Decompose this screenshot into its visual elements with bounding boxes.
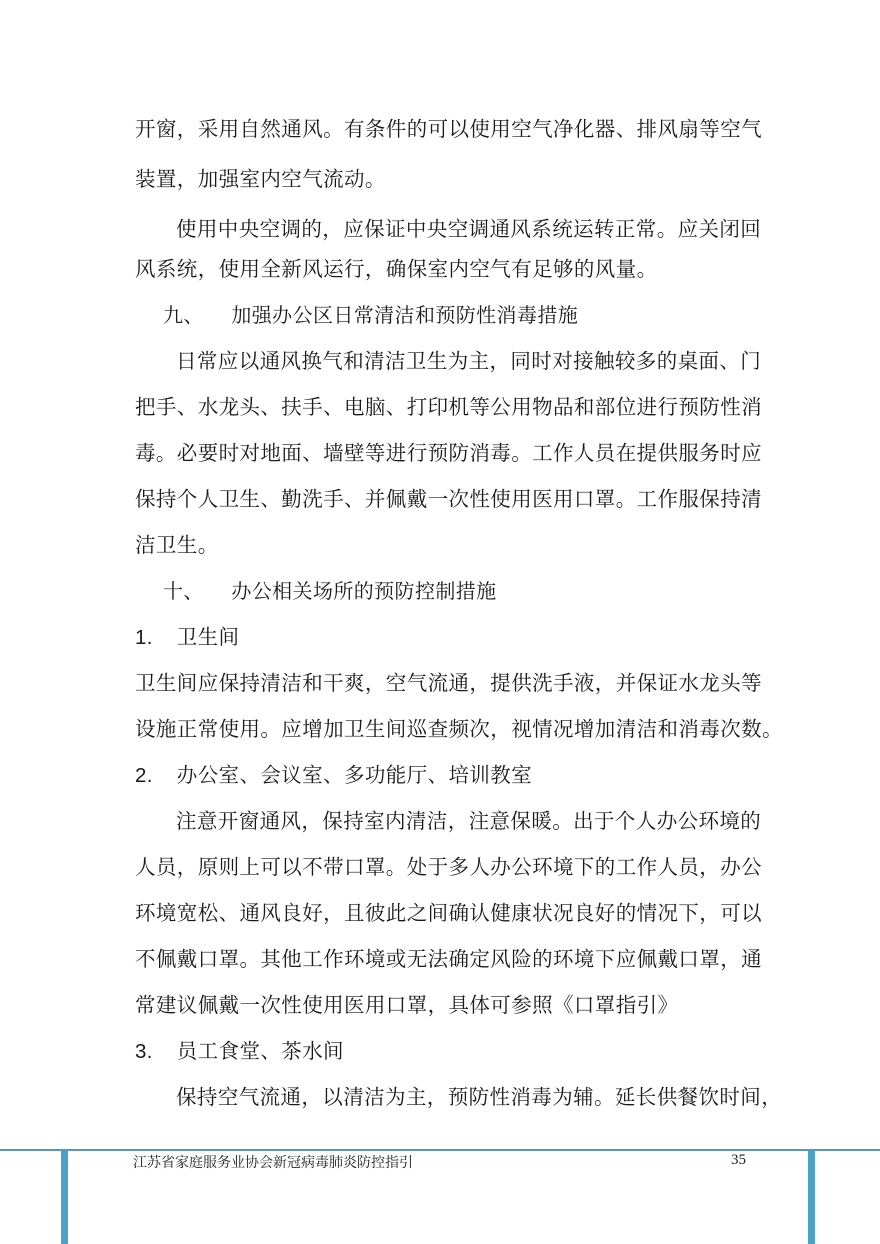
body-text-line: 使用中央空调的，应保证中央空调通风系统运转正常。应关闭回 <box>176 215 816 243</box>
item-2-number: 2. <box>135 764 153 787</box>
document-page: 开窗，采用自然通风。有条件的可以使用空气净化器、排风扇等空气 装置，加强室内空气… <box>0 0 880 1244</box>
body-text-line: 把手、水龙头、扶手、电脑、打印机等公用物品和部位进行预防性消 <box>135 393 775 421</box>
section-9-title: 加强办公区日常清洁和预防性消毒措施 <box>231 303 578 327</box>
body-text-line: 不佩戴口罩。其他工作环境或无法确定风险的环境下应佩戴口罩，通 <box>135 945 775 973</box>
body-text-line: 环境宽松、通风良好，且彼此之间确认健康状况良好的情况下，可以 <box>135 899 775 927</box>
item-2-heading: 2. 办公室、会议室、多功能厅、培训教室 <box>135 761 775 790</box>
footer-left-accent-bar <box>61 1150 68 1244</box>
body-text-line: 注意开窗通风，保持室内清洁，注意保暖。出于个人办公环境的 <box>176 807 816 835</box>
section-10-title: 办公相关场所的预防控制措施 <box>231 579 496 603</box>
body-text-line: 毒。必要时对地面、墙壁等进行预防消毒。工作人员在提供服务时应 <box>135 439 775 467</box>
body-text-line: 保持个人卫生、勤洗手、并佩戴一次性使用医用口罩。工作服保持清 <box>135 485 775 513</box>
body-text-line: 洁卫生。 <box>135 531 775 559</box>
body-text-line: 常建议佩戴一次性使用医用口罩，具体可参照《口罩指引》 <box>135 991 775 1019</box>
body-text-line: 日常应以通风换气和清洁卫生为主，同时对接触较多的桌面、门 <box>176 347 816 375</box>
item-3-number: 3. <box>135 1040 153 1063</box>
body-text-line: 卫生间应保持清洁和干爽，空气流通，提供洗手液，并保证水龙头等 <box>135 669 775 697</box>
body-text-line: 人员，原则上可以不带口罩。处于多人办公环境下的工作人员，办公 <box>135 853 775 881</box>
body-text-line: 保持空气流通，以清洁为主，预防性消毒为辅。延长供餐饮时间， <box>176 1083 816 1111</box>
section-9-heading: 九、 加强办公区日常清洁和预防性消毒措施 <box>163 301 803 329</box>
page-number: 35 <box>731 1152 746 1169</box>
body-text-line: 设施正常使用。应增加卫生间巡查频次，视情况增加清洁和消毒次数。 <box>135 715 775 743</box>
item-1-heading: 1. 卫生间 <box>135 623 775 652</box>
footer-rule <box>0 1149 880 1151</box>
section-10-heading: 十、 办公相关场所的预防控制措施 <box>163 577 803 605</box>
section-9-number: 九、 <box>163 303 204 327</box>
item-3-title: 员工食堂、茶水间 <box>177 1039 344 1063</box>
footer-title: 江苏省家庭服务业协会新冠病毒肺炎防控指引 <box>133 1152 413 1172</box>
footer-right-accent-bar <box>808 1150 815 1244</box>
body-text-line: 开窗，采用自然通风。有条件的可以使用空气净化器、排风扇等空气 <box>135 115 775 143</box>
body-text-line: 装置，加强室内空气流动。 <box>135 165 775 193</box>
item-3-heading: 3. 员工食堂、茶水间 <box>135 1037 775 1066</box>
item-2-title: 办公室、会议室、多功能厅、培训教室 <box>177 763 532 787</box>
section-10-number: 十、 <box>163 579 204 603</box>
item-1-number: 1. <box>135 626 153 649</box>
item-1-title: 卫生间 <box>177 625 240 649</box>
body-text-line: 风系统，使用全新风运行，确保室内空气有足够的风量。 <box>135 255 775 283</box>
